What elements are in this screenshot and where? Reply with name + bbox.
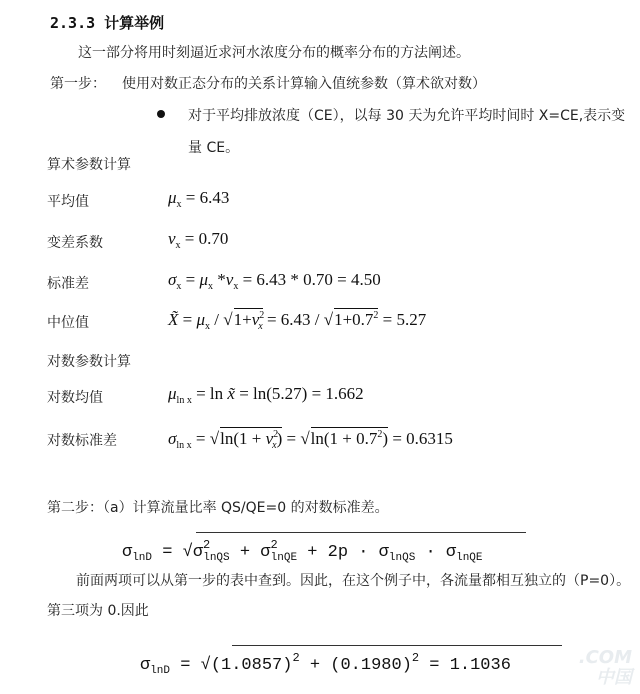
step1-text: 使用对数正态分布的关系计算输入值统参数（算术欲对数） (122, 73, 486, 93)
formula-std: σx = μx *νx = 6.43 * 0.70 = 4.50 (168, 270, 381, 292)
watermark-line2: 中国 (579, 668, 632, 688)
formula-sigma-lnD: σlnD = √σ2lnQS + σ2lnQE + 2p · σlnQS · σ… (122, 538, 483, 564)
step1-label: 第一步： (50, 73, 106, 93)
value-q2: 0.1980 (340, 656, 401, 675)
bullet-text-line1: 对于平均排放浓度（CE），以每 30 天为允许平均时间时 X=CE,表示变 (188, 105, 625, 125)
row-label-log-std: 对数标准差 (47, 430, 117, 450)
formula-log-mean: μln x = ln x̃ = ln(5.27) = 1.662 (168, 384, 364, 406)
value-q1: 1.0857 (221, 656, 282, 675)
step2-note-line1: 前面两项可以从第一步的表中查到。因此，在这个例子中，各流量都相互独立的（P=0）… (76, 570, 630, 590)
watermark: .COM 中国 (579, 648, 632, 688)
step2-note-line2: 第三项为 0.因此 (47, 600, 149, 620)
sqrt-bar-result (232, 645, 562, 646)
row-label-cv: 变差系数 (47, 232, 103, 252)
value-mu-x: 6.43 (200, 188, 230, 207)
value-sigma-lnD: 1.1036 (450, 656, 511, 675)
formula-result: σlnD = √(1.0857)2 + (0.1980)2 = 1.1036 (140, 651, 511, 677)
arithmetic-title: 算术参数计算 (47, 154, 131, 174)
watermark-line1: .COM (579, 648, 632, 668)
value-sigma-ln: 0.6315 (406, 429, 453, 448)
section-heading: 2.3.3 计算举例 (50, 12, 164, 33)
log-title: 对数参数计算 (47, 351, 131, 371)
sqrt-bar (196, 532, 526, 533)
row-label-median: 中位值 (47, 312, 89, 332)
bullet-text-line2: 量 CE。 (188, 137, 239, 157)
row-label-std: 标准差 (47, 273, 89, 293)
formula-mean: μx = 6.43 (168, 188, 229, 210)
value-median: 5.27 (397, 310, 427, 329)
value-mu-ln: 1.662 (325, 384, 363, 403)
value-nu-x: 0.70 (199, 229, 229, 248)
formula-median: X̃ = μx / √1+ν2x = 6.43 / √1+0.72 = 5.27 (168, 308, 426, 332)
intro-paragraph: 这一部分将用时刻逼近求河水浓度分布的概率分布的方法阐述。 (78, 42, 470, 62)
value-sigma-x: 4.50 (351, 270, 381, 289)
bullet-icon (157, 110, 165, 118)
step2-text: 第二步：（a）计算流量比率 QS/QE=0 的对数标准差。 (47, 497, 389, 517)
formula-cv: νx = 0.70 (168, 229, 228, 251)
row-label-mean: 平均值 (47, 191, 89, 211)
row-label-log-mean: 对数均值 (47, 387, 103, 407)
formula-log-std: σln x = √ln(1 + ν2x) = √ln(1 + 0.72) = 0… (168, 427, 453, 451)
